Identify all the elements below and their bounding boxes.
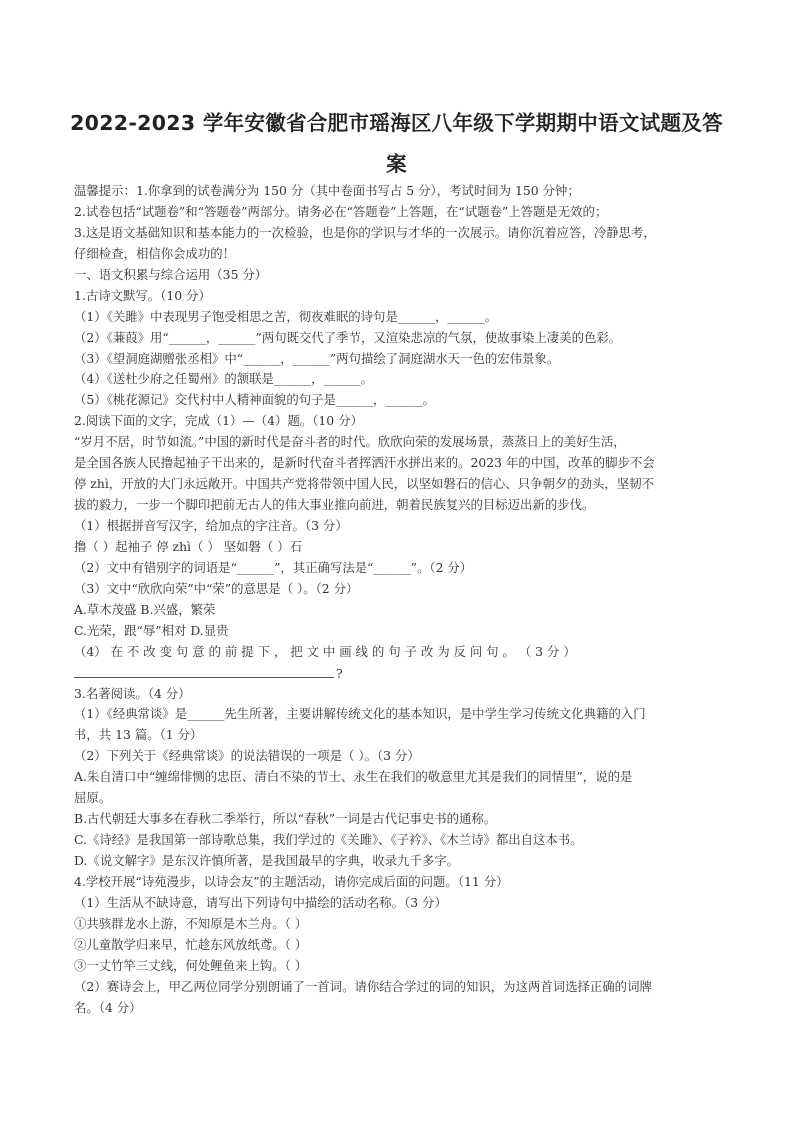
question-2-heading: 2.阅读下面的文字，完成（1）—（4）题。（10 分） (74, 411, 722, 432)
question-2-3-options-ab: A.草木茂盛 B.兴盛，繁荣 (74, 600, 722, 621)
question-1-3: （3）《望洞庭湖赠张丞相》中“______，______”两句描绘了洞庭湖水天一… (74, 349, 722, 370)
question-3-2-option-a: A.朱自清口中“缠绵悱恻的忠臣、清白不染的节士、永生在我们的敬意里尤其是我们的同… (74, 767, 722, 788)
question-1-heading: 1.古诗文默写。（10 分） (74, 286, 722, 307)
question-2-2: （2）文中有错别字的词语是“______”，其正确写法是“______”。（2 … (74, 558, 722, 579)
question-4-1-item-2: ②儿童散学归来早，忙趁东风放纸鸢。（ ） (74, 935, 722, 956)
tip-line-3: 3.这是语文基础知识和基本能力的一次检验，也是你的学识与才华的一次展示。请你沉着… (74, 223, 722, 244)
question-2-1: （1）根据拼音写汉字，给加点的字注音。（3 分） (74, 516, 722, 537)
tip-line-1: 温馨提示：1.你拿到的试卷满分为 150 分（其中卷面书写占 5 分），考试时间… (74, 181, 722, 202)
question-2-4-answer-line: ? (74, 663, 722, 684)
question-3-1: （1）《经典常谈》是______先生所著，主要讲解传统文化的基本知识，是中学生学… (74, 704, 722, 725)
question-mark: ? (336, 666, 343, 681)
question-2-4: （4） 在 不 改 变 句 意 的 前 提 下 ， 把 文 中 画 线 的 句 … (74, 642, 722, 663)
question-2-3-options-cd: C.光荣，跟“辱”相对 D.显贵 (74, 621, 722, 642)
question-4-2-cont: 名。（4 分） (74, 998, 722, 1019)
question-1-5: （5）《桃花源记》交代村中人精神面貌的句子是______，______。 (74, 390, 722, 411)
passage-line-4: 拔的毅力，一步一个脚印把前无古人的伟大事业推向前进，朝着民族复兴的目标迈出新的步… (74, 495, 722, 516)
passage-line-1: “岁月不居，时节如流。”中国的新时代是奋斗者的时代。欣欣向荣的发展场景，蒸蒸日上… (74, 432, 722, 453)
question-2-1-items: 撸（ ）起袖子 停 zhì（ ） 坚如磐（ ）石 (74, 537, 722, 558)
question-3-2-option-b: B.古代朝廷大事多在春秋二季举行，所以“春秋”一词是古代记事史书的通称。 (74, 809, 722, 830)
question-3-1-cont: 书，共 13 篇。（1 分） (74, 725, 722, 746)
question-3-2-option-d: D.《说文解字》是东汉许慎所著，是我国最早的字典，收录九千多字。 (74, 851, 722, 872)
document-title-line-1: 2022-2023 学年安徽省合肥市瑶海区八年级下学期期中语文试题及答 (0, 106, 793, 136)
question-3-2-option-c: C.《诗经》是我国第一部诗歌总集，我们学过的《关雎》、《子衿》、《木兰诗》都出自… (74, 830, 722, 851)
document-body: 温馨提示：1.你拿到的试卷满分为 150 分（其中卷面书写占 5 分），考试时间… (74, 181, 722, 1019)
tip-line-4: 仔细检查，相信你会成功的！ (74, 244, 722, 265)
passage-line-3: 停 zhì，开放的大门永远敞开。中国共产党将带领中国人民，以坚如磐石的信心、只争… (74, 474, 722, 495)
question-2-3: （3）文中“欣欣向荣”中“荣”的意思是（ ）。（2 分） (74, 579, 722, 600)
question-4-heading: 4.学校开展“诗苑漫步，以诗会友”的主题活动，请你完成后面的问题。（11 分） (74, 872, 722, 893)
question-3-2-option-a-cont: 屈原。 (74, 788, 722, 809)
question-3-2: （2）下列关于《经典常谈》的说法错误的一项是（ ）。（3 分） (74, 746, 722, 767)
question-1-4: （4）《送杜少府之任蜀州》的颔联是______，______。 (74, 369, 722, 390)
question-4-1-item-3: ③一丈竹竿三丈线，何处鲤鱼来上钩。（ ） (74, 956, 722, 977)
tip-line-2: 2.试卷包括“试题卷”和“答题卷”两部分。请务必在“答题卷”上答题，在“试题卷”… (74, 202, 722, 223)
question-4-2: （2）赛诗会上，甲乙两位同学分别朗诵了一首词。请你结合学过的词的知识，为这两首词… (74, 977, 722, 998)
passage-line-2: 是全国各族人民撸起袖子干出来的，是新时代奋斗者挥洒汗水拼出来的。2023 年的中… (74, 453, 722, 474)
question-3-heading: 3.名著阅读。（4 分） (74, 684, 722, 705)
question-1-1: （1）《关雎》中表现男子饱受相思之苦，彻夜难眠的诗句是______，______… (74, 307, 722, 328)
section-heading-1: 一、语文积累与综合运用（35 分） (74, 265, 722, 286)
question-4-1: （1）生活从不缺诗意，请写出下列诗句中描绘的活动名称。（3 分） (74, 893, 722, 914)
question-1-2: （2）《蒹葭》用“______，______”两句既交代了季节，又渲染悲凉的气氛… (74, 328, 722, 349)
document-title-line-2: 案 (0, 147, 793, 177)
question-4-1-item-1: ①共骇群龙水上游，不知原是木兰舟。（ ） (74, 914, 722, 935)
answer-blank (74, 663, 334, 678)
